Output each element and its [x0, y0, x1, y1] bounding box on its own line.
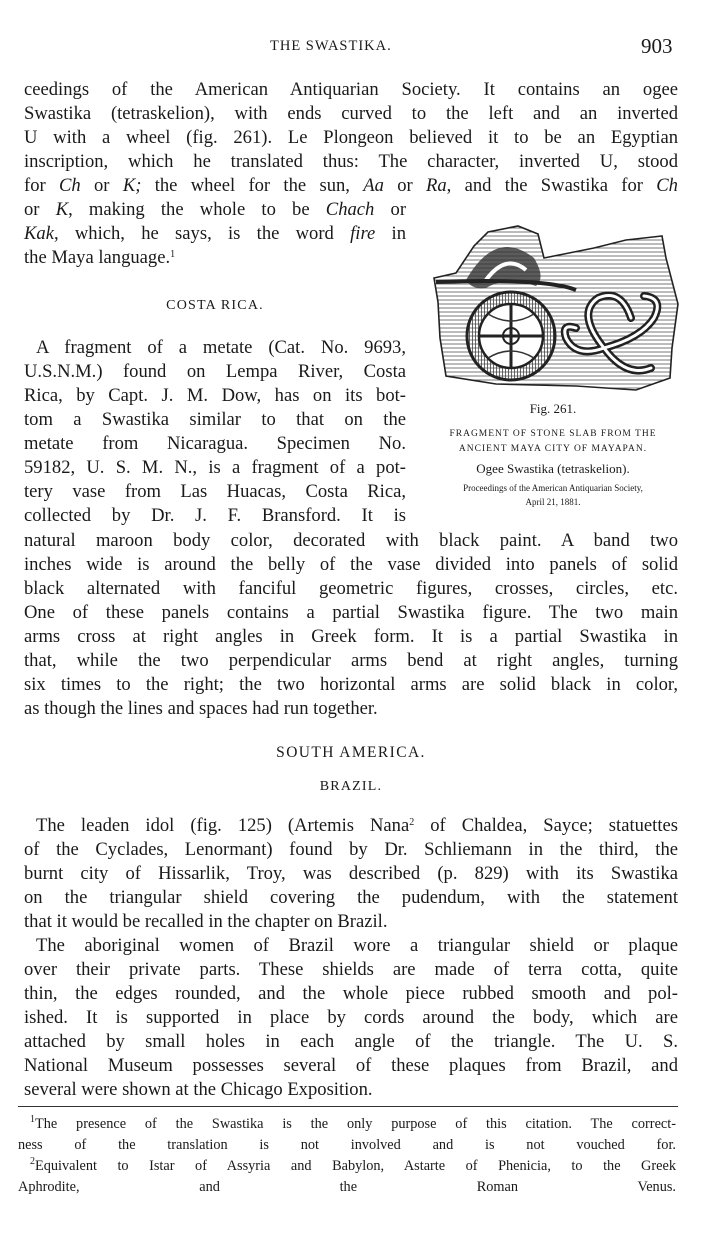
figure-261: Fig. 261. FRAGMENT OF STONE SLAB FROM TH…	[418, 218, 688, 518]
text-line: inscription, which he translated thus: T…	[24, 150, 678, 174]
text-line: National Museum possesses several of the…	[24, 1054, 678, 1078]
text-line: inches wide is around the belly of the v…	[24, 553, 678, 577]
text-line: the Maya language.1	[24, 246, 406, 270]
figure-label: Fig. 261.	[418, 401, 688, 417]
text-line: as though the lines and spaces had run t…	[24, 697, 678, 721]
text-line: for Ch or K; the wheel for the sun, Aa o…	[24, 174, 678, 198]
text-line: burnt city of Hissarlik, Troy, was descr…	[24, 862, 678, 886]
text-line: The aboriginal women of Brazil wore a tr…	[24, 934, 678, 958]
subsection-heading-brazil: BRAZIL.	[24, 779, 678, 795]
text-line: arms cross at right angles in Greek form…	[24, 625, 678, 649]
footnote-ref[interactable]: 1	[170, 249, 175, 260]
stone-slab-illustration	[426, 218, 680, 393]
figure-title: ANCIENT MAYA CITY OF MAYAPAN.	[418, 444, 688, 454]
text-line: black alternated with fanciful geometric…	[24, 577, 678, 601]
text-line: of the Cyclades, Lenormant) found by Dr.…	[24, 838, 678, 862]
figure-subtitle: Ogee Swastika (tetraskelion).	[418, 461, 688, 477]
text-line: A fragment of a metate (Cat. No. 9693,	[24, 336, 406, 360]
footnote-2-cont: Aphrodite, and the Roman Venus.	[18, 1177, 676, 1198]
text-line: One of these panels contains a partial S…	[24, 601, 678, 625]
text-line: on the triangular shield covering the pu…	[24, 886, 678, 910]
text-line: or K, making the whole to be Chach or	[24, 198, 406, 222]
running-title: THE SWASTIKA.	[270, 38, 392, 55]
text-line: metate from Nicaragua. Specimen No.	[24, 432, 406, 456]
section-heading-costa-rica: COSTA RICA.	[24, 298, 406, 314]
page-header: THE SWASTIKA. 903	[0, 34, 725, 58]
book-page: THE SWASTIKA. 903 ceedings of the Americ…	[0, 0, 725, 1249]
text-line: ished. It is supported in place by cords…	[24, 1006, 678, 1030]
text-line: U.S.N.M.) found on Lempa River, Costa	[24, 360, 406, 384]
text-line: several were shown at the Chicago Exposi…	[24, 1078, 678, 1102]
text-line: that, while the two perpendicular arms b…	[24, 649, 678, 673]
figure-source: Proceedings of the American Antiquarian …	[418, 483, 688, 493]
text-line: Kak, which, he says, is the word fire in	[24, 222, 406, 246]
text-line: Rica, by Capt. J. M. Dow, has on its bot…	[24, 384, 406, 408]
footnote-divider	[18, 1106, 678, 1107]
section-heading-south-america: SOUTH AMERICA.	[24, 744, 678, 762]
text-line: that it would be recalled in the chapter…	[24, 910, 678, 934]
footnote-2: 2Equivalent to Istar of Assyria and Baby…	[18, 1156, 676, 1177]
text-line: ceedings of the American Antiquarian Soc…	[24, 78, 678, 102]
text-line: The leaden idol (fig. 125) (Artemis Nana…	[24, 814, 678, 838]
page-number: 903	[641, 34, 673, 59]
text-line: over their private parts. These shields …	[24, 958, 678, 982]
text-line: six times to the right; the two horizont…	[24, 673, 678, 697]
footnote-1-cont: ness of the translation is not involved …	[18, 1135, 676, 1156]
text-line: thin, the edges rounded, and the whole p…	[24, 982, 678, 1006]
text-line: 59182, U. S. M. N., is a fragment of a p…	[24, 456, 406, 480]
text-line: natural maroon body color, decorated wit…	[24, 529, 678, 553]
text-line: Swastika (tetraskelion), with ends curve…	[24, 102, 678, 126]
footnote-1: 1The presence of the Swastika is the onl…	[18, 1114, 676, 1135]
text-line: U with a wheel (fig. 261). Le Plongeon b…	[24, 126, 678, 150]
text-line: attached by small holes in each angle of…	[24, 1030, 678, 1054]
text-line: collected by Dr. J. F. Bransford. It is	[24, 504, 406, 528]
text-line: tom a Swastika similar to that on the	[24, 408, 406, 432]
figure-source: April 21, 1881.	[418, 497, 688, 507]
figure-title: FRAGMENT OF STONE SLAB FROM THE	[418, 429, 688, 439]
text-line: tery vase from Las Huacas, Costa Rica,	[24, 480, 406, 504]
